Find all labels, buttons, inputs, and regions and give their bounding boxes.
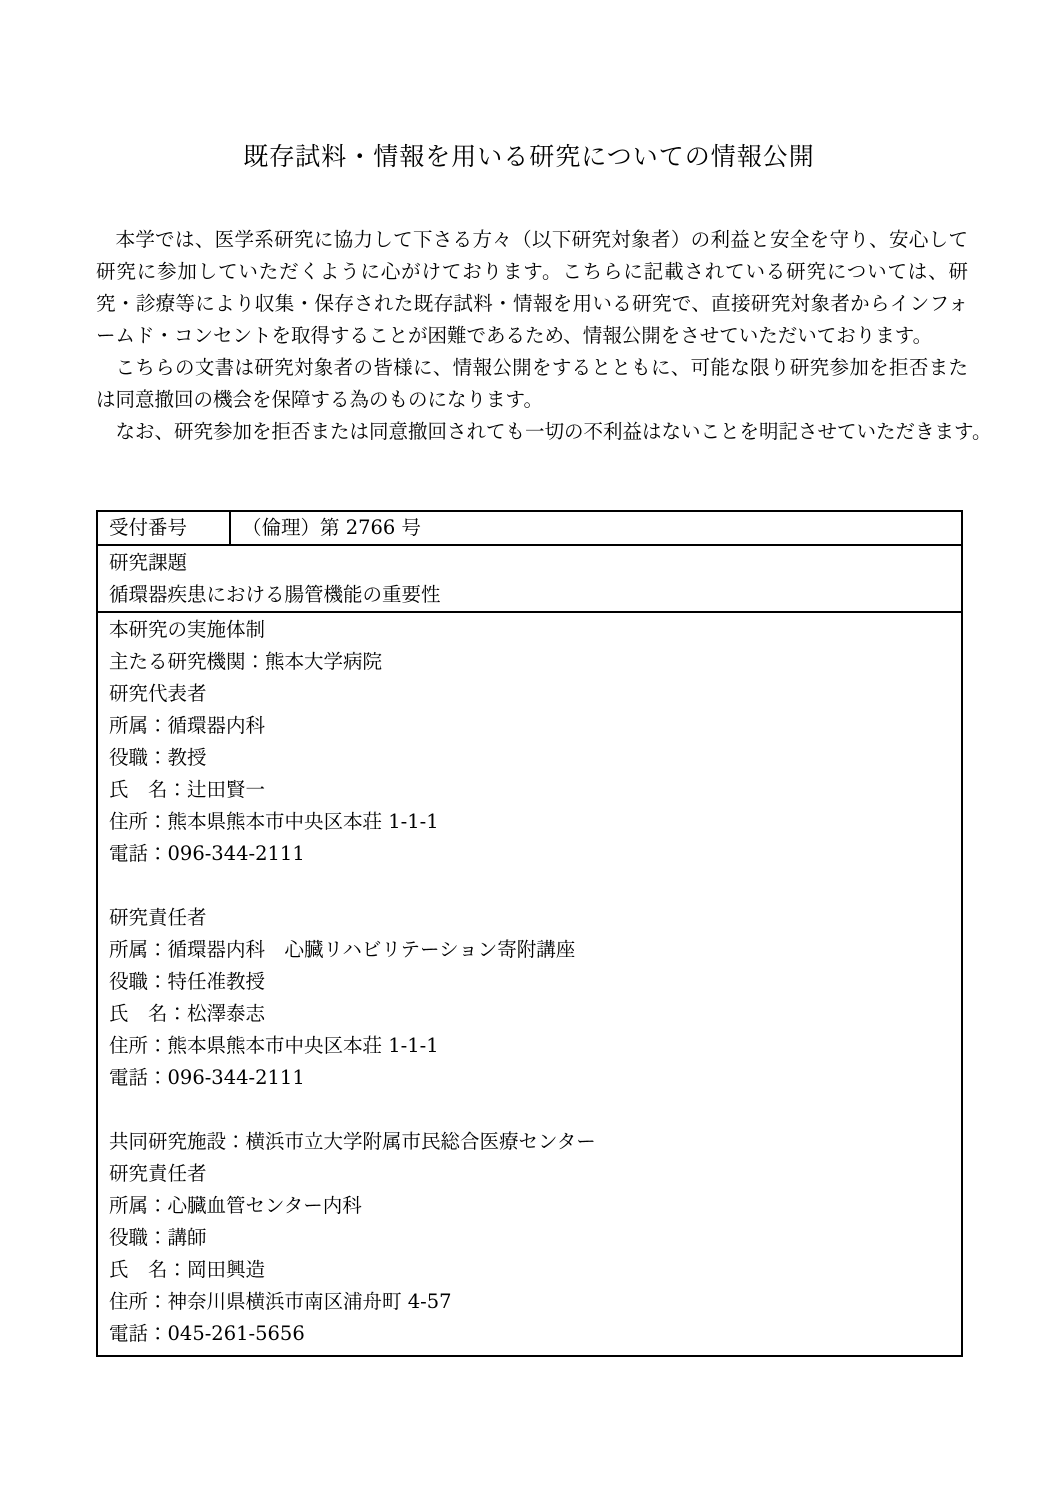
intro-paragraph: こちらの文書は研究対象者の皆様に、情報公開をするとともに、可能な限り研究参加を拒… xyxy=(96,352,968,416)
document-page: 既存試料・情報を用いる研究についての情報公開 本学では、医学系研究に協力して下さ… xyxy=(0,0,1058,1497)
table-body-line: 本研究の実施体制 xyxy=(109,614,950,646)
table-body-line: 氏 名：岡田興造 xyxy=(109,1254,950,1286)
table-body-line: 研究責任者 xyxy=(109,902,950,934)
table-body-line: 所属：循環器内科 心臓リハビリテーション寄附講座 xyxy=(109,934,950,966)
table-body-line: 役職：教授 xyxy=(109,742,950,774)
intro-paragraph: なお、研究参加を拒否または同意撤回されても一切の不利益はないことを明記させていた… xyxy=(96,416,968,448)
table-body-line: 住所：熊本県熊本市中央区本荘 1-1-1 xyxy=(109,1030,950,1062)
table-body-line: 住所：熊本県熊本市中央区本荘 1-1-1 xyxy=(109,806,950,838)
table-body-line: 共同研究施設：横浜市立大学附属市民総合医療センター xyxy=(109,1126,950,1158)
table-body-line: 電話：096-344-2111 xyxy=(109,838,950,870)
table-body-line: 主たる研究機関：熊本大学病院 xyxy=(109,646,950,678)
table-body-line xyxy=(109,1094,950,1126)
research-topic-value: 循環器疾患における腸管機能の重要性 xyxy=(109,579,950,611)
page-title: 既存試料・情報を用いる研究についての情報公開 xyxy=(0,140,1058,174)
table-body-line: 電話：045-261-5656 xyxy=(109,1318,950,1350)
implementation-structure-row: 本研究の実施体制 主たる研究機関：熊本大学病院 研究代表者 所属：循環器内科 役… xyxy=(98,613,961,1355)
table-body-line: 役職：特任准教授 xyxy=(109,966,950,998)
table-body-line: 電話：096-344-2111 xyxy=(109,1062,950,1094)
intro-section: 本学では、医学系研究に協力して下さる方々（以下研究対象者）の利益と安全を守り、安… xyxy=(96,224,968,448)
reception-number-row: 受付番号 （倫理）第 2766 号 xyxy=(98,512,961,546)
table-body-line: 氏 名：松澤泰志 xyxy=(109,998,950,1030)
table-body-line: 役職：講師 xyxy=(109,1222,950,1254)
research-topic-row: 研究課題 循環器疾患における腸管機能の重要性 xyxy=(98,546,961,613)
intro-paragraph: 本学では、医学系研究に協力して下さる方々（以下研究対象者）の利益と安全を守り、安… xyxy=(96,224,968,352)
reception-number-value: （倫理）第 2766 号 xyxy=(231,512,961,544)
table-body-line: 所属：循環器内科 xyxy=(109,710,950,742)
table-body-line: 氏 名：辻田賢一 xyxy=(109,774,950,806)
study-info-table: 受付番号 （倫理）第 2766 号 研究課題 循環器疾患における腸管機能の重要性… xyxy=(96,510,963,1357)
table-body-line: 研究責任者 xyxy=(109,1158,950,1190)
reception-number-label: 受付番号 xyxy=(98,512,231,544)
table-body-line: 研究代表者 xyxy=(109,678,950,710)
table-body-line xyxy=(109,870,950,902)
table-body-line: 住所：神奈川県横浜市南区浦舟町 4-57 xyxy=(109,1286,950,1318)
table-body-line: 所属：心臓血管センター内科 xyxy=(109,1190,950,1222)
research-topic-label: 研究課題 xyxy=(109,547,950,579)
